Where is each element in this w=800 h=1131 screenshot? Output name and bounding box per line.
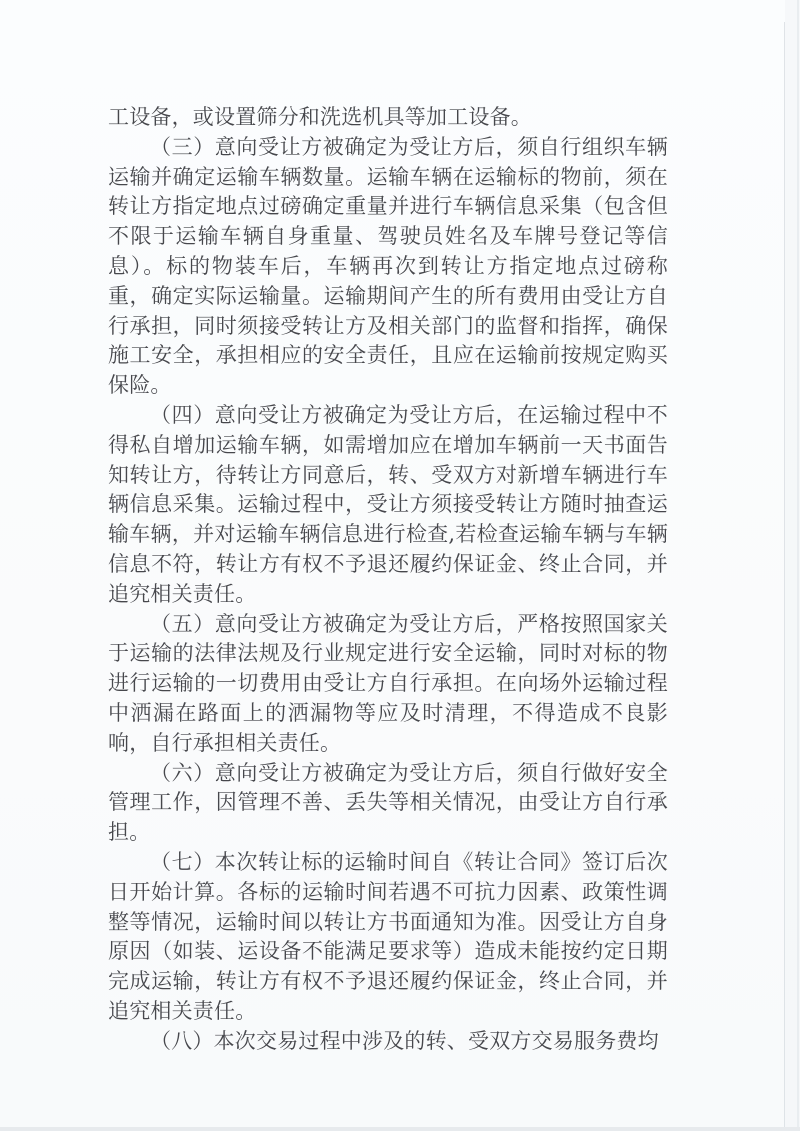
paragraph-clause-6: （六）意向受让方被确定为受让方后，须自行做好安全管理工作，因管理不善、丢失等相关…	[108, 759, 668, 848]
scan-outer-edge-line	[797, 0, 799, 1131]
document-body: 工设备，或设置筛分和洗选机具等加工设备。 （三）意向受让方被确定为受让方后，须自…	[108, 103, 668, 1057]
paragraph-clause-4: （四）意向受让方被确定为受让方后，在运输过程中不得私自增加运输车辆，如需增加应在…	[108, 401, 668, 610]
paragraph-clause-8: （八）本次交易过程中涉及的转、受双方交易服务费均	[108, 1027, 668, 1057]
scan-bottom-edge	[0, 1127, 800, 1131]
paragraph-continuation: 工设备，或设置筛分和洗选机具等加工设备。	[108, 103, 668, 133]
scanned-document-page: 工设备，或设置筛分和洗选机具等加工设备。 （三）意向受让方被确定为受让方后，须自…	[0, 0, 800, 1131]
paragraph-clause-3: （三）意向受让方被确定为受让方后，须自行组织车辆运输并确定运输车辆数量。运输车辆…	[108, 133, 668, 401]
paragraph-clause-7: （七）本次转让标的运输时间自《转让合同》签订后次日开始计算。各标的运输时间若遇不…	[108, 848, 668, 1027]
paragraph-clause-5: （五）意向受让方被确定为受让方后，严格按照国家关于运输的法律法规及行业规定进行安…	[108, 610, 668, 759]
page-edge-line	[784, 22, 785, 1131]
